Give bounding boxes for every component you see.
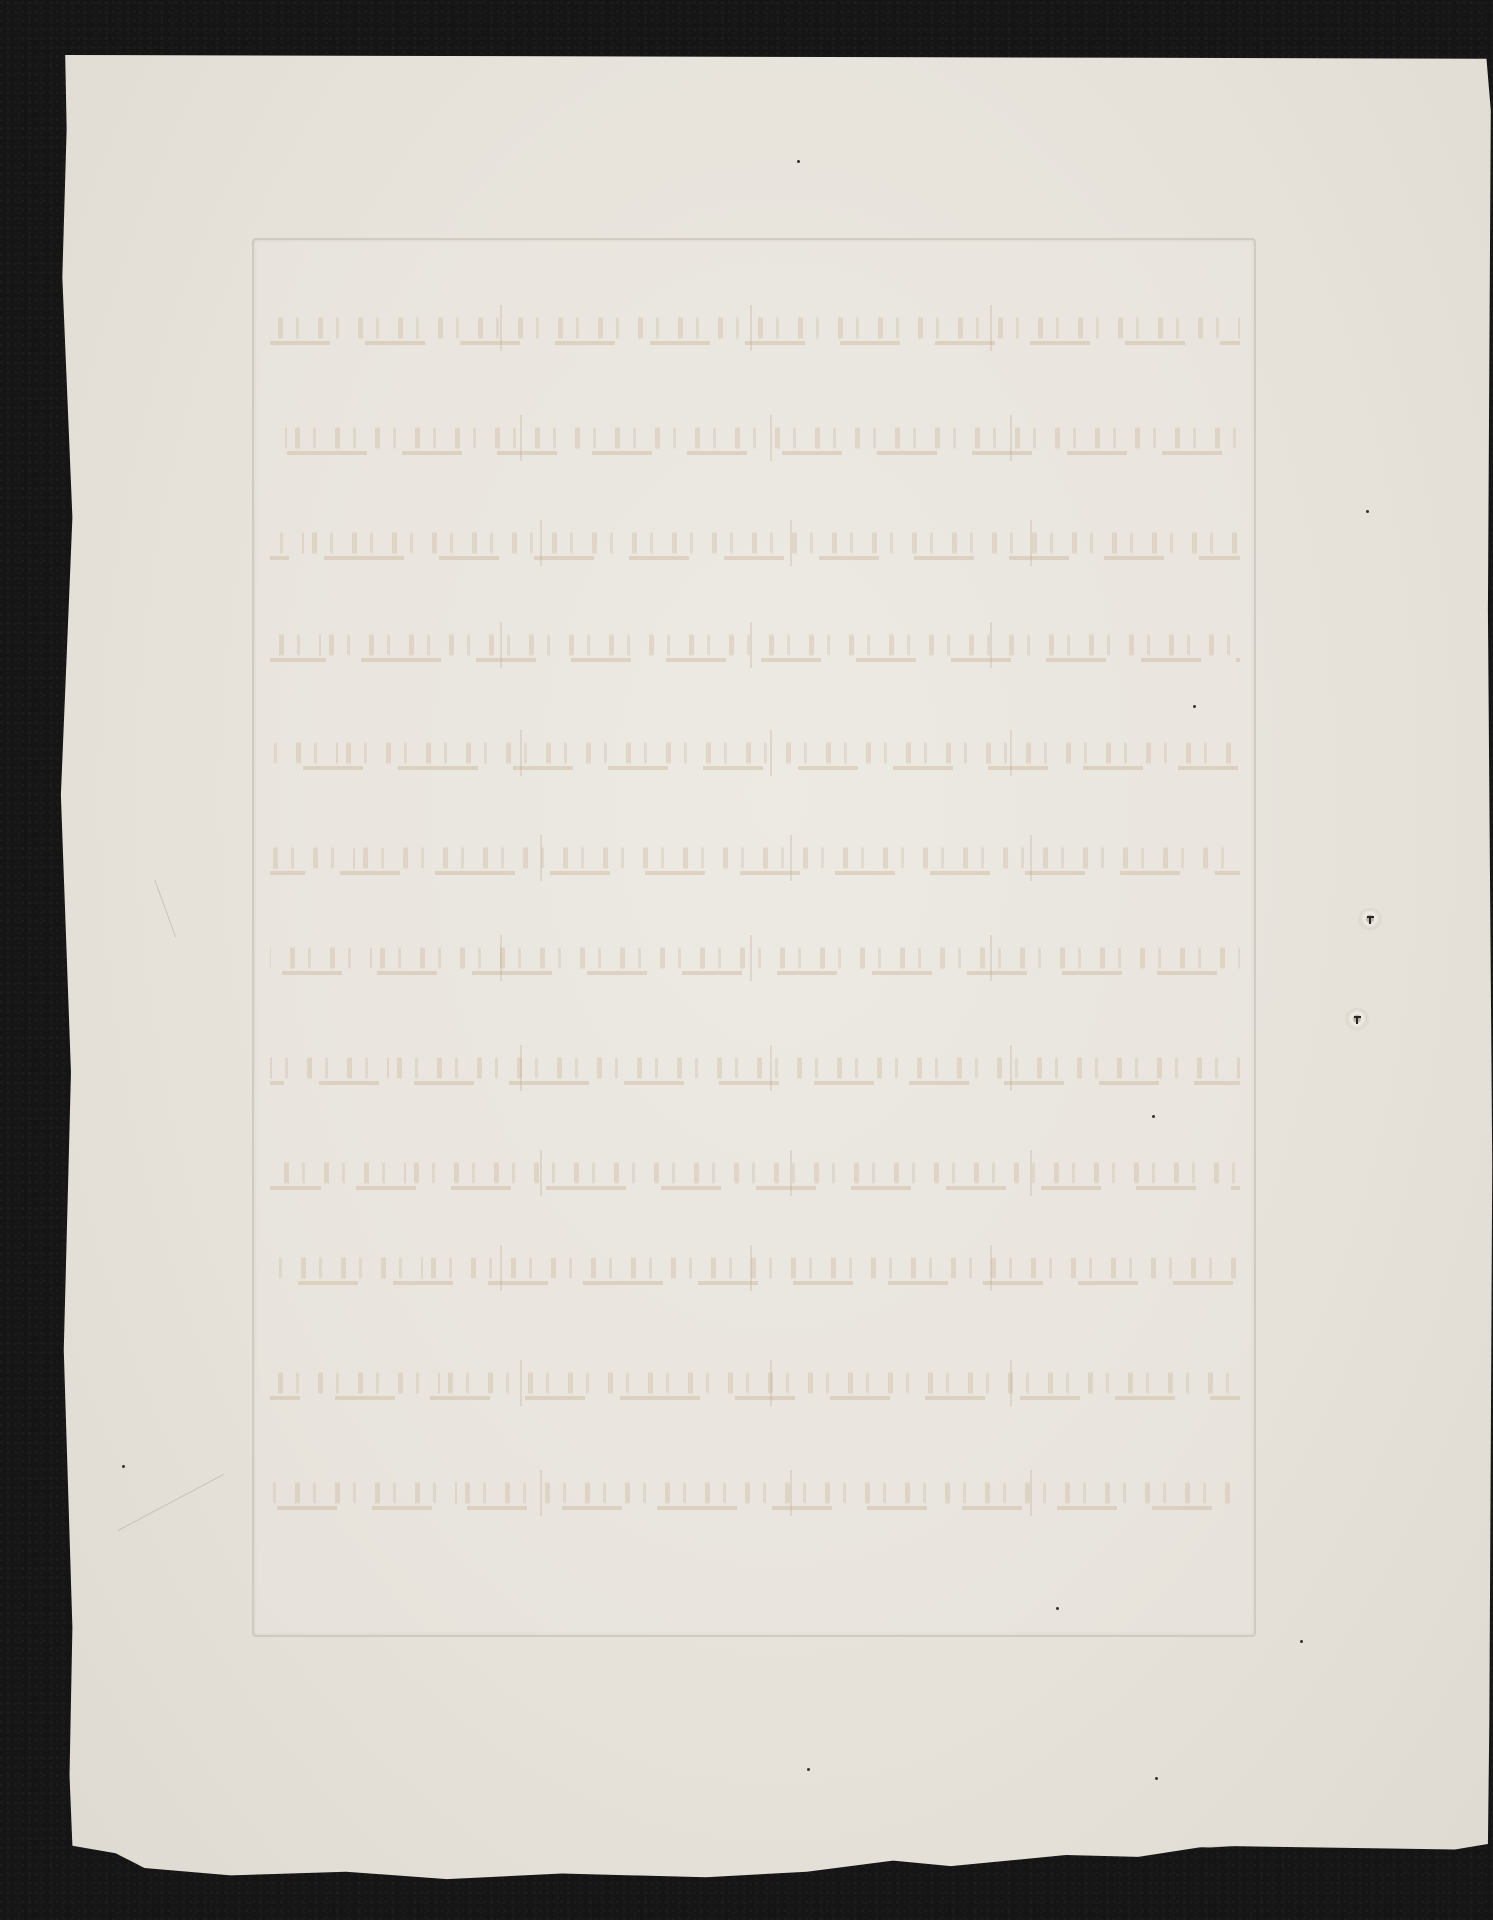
faint-barline — [500, 1245, 502, 1291]
faint-beams — [270, 1506, 1240, 1510]
binding-hole — [1357, 908, 1383, 932]
paper-speck — [807, 1768, 810, 1771]
faint-barline — [770, 1045, 772, 1091]
bleed-through-staff-row — [270, 1360, 1240, 1406]
faint-barline — [750, 935, 752, 981]
faint-barline — [990, 305, 992, 351]
bleed-through-staff-row — [270, 520, 1240, 566]
faint-beams — [270, 871, 1240, 875]
faint-barline — [770, 730, 772, 776]
bleed-through-staff-row — [270, 1245, 1240, 1291]
faint-barline — [500, 305, 502, 351]
faint-barline — [540, 835, 542, 881]
bleed-through-staff-row — [270, 1045, 1240, 1091]
faint-beams — [270, 766, 1240, 770]
faint-beams — [270, 1396, 1240, 1400]
faint-barline — [520, 1360, 522, 1406]
paper-speck — [1300, 1640, 1303, 1643]
faint-barline — [750, 622, 752, 668]
paper-speck — [122, 1465, 125, 1468]
faint-beams — [270, 1281, 1240, 1285]
faint-barline — [1010, 1045, 1012, 1091]
paper-speck — [1366, 510, 1369, 513]
faint-beams — [270, 1081, 1240, 1085]
bleed-through-staff-row — [270, 935, 1240, 981]
bleed-through-staff-row — [270, 622, 1240, 668]
faint-barline — [750, 305, 752, 351]
faint-barline — [1030, 835, 1032, 881]
bleed-through-staff-row — [270, 835, 1240, 881]
paper-speck — [1056, 1607, 1059, 1610]
faint-barline — [1010, 730, 1012, 776]
faint-barline — [1030, 520, 1032, 566]
faint-beams — [270, 658, 1240, 662]
faint-beams — [270, 341, 1240, 345]
paper-speck — [1152, 1115, 1155, 1118]
faint-barline — [770, 1360, 772, 1406]
faint-barline — [520, 1045, 522, 1091]
faint-barline — [790, 1470, 792, 1516]
faint-beams — [270, 971, 1240, 975]
paper-speck — [1155, 1777, 1158, 1780]
paper-speck — [797, 160, 800, 163]
bleed-through-staff-row — [270, 1470, 1240, 1516]
faint-barline — [990, 622, 992, 668]
faint-barline — [540, 1150, 542, 1196]
faint-barline — [540, 1470, 542, 1516]
faint-barline — [770, 415, 772, 461]
faint-barline — [1010, 415, 1012, 461]
faint-barline — [990, 935, 992, 981]
faint-beams — [270, 556, 1240, 560]
binding-hole — [1344, 1008, 1370, 1032]
faint-barline — [520, 730, 522, 776]
faint-barline — [750, 1245, 752, 1291]
faint-beams — [270, 451, 1240, 455]
faint-barline — [500, 935, 502, 981]
faint-barline — [790, 1150, 792, 1196]
faint-barline — [500, 622, 502, 668]
paper-speck — [1193, 705, 1196, 708]
faint-barline — [990, 1245, 992, 1291]
bleed-through-staff-row — [270, 415, 1240, 461]
faint-barline — [790, 520, 792, 566]
faint-barline — [790, 835, 792, 881]
faint-barline — [1030, 1150, 1032, 1196]
faint-barline — [1010, 1360, 1012, 1406]
bleed-through-staff-row — [270, 730, 1240, 776]
faint-beams — [270, 1186, 1240, 1190]
faint-barline — [520, 415, 522, 461]
bleed-through-staff-row — [270, 305, 1240, 351]
bleed-through-staff-row — [270, 1150, 1240, 1196]
faint-barline — [540, 520, 542, 566]
faint-barline — [1030, 1470, 1032, 1516]
